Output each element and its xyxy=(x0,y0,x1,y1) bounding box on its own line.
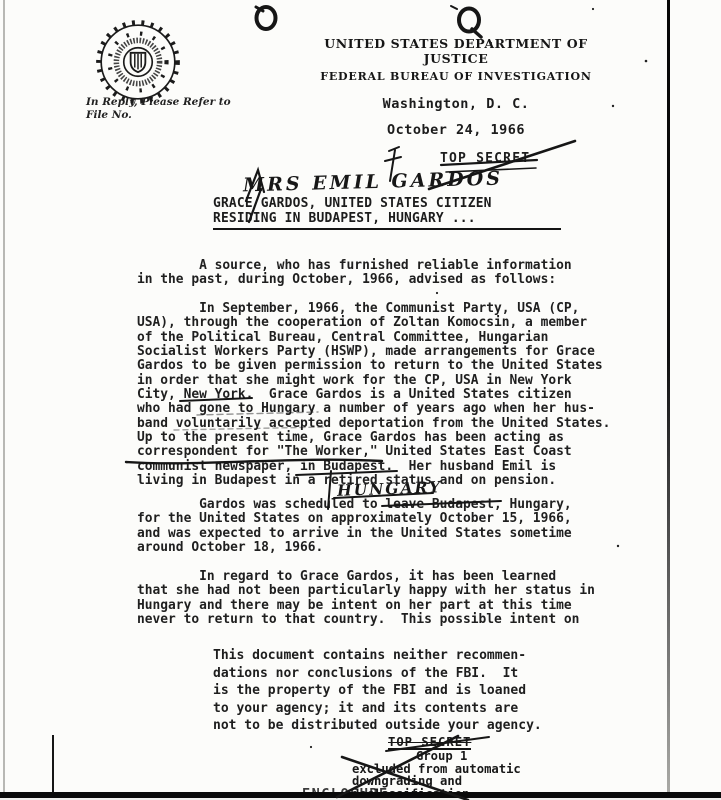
fbi-disclaimer: This document contains neither recommen-… xyxy=(213,647,542,735)
pen-mark-o-icon xyxy=(256,7,276,29)
paragraph-schedule: Gardos was scheduled to leave Budapest, … xyxy=(137,498,572,555)
top-secret-stamp-bottom: TOP SECRET xyxy=(388,736,471,750)
scan-edge-left xyxy=(3,0,5,800)
fbi-seal-icon xyxy=(92,16,184,108)
top-secret-stamp-top: TOP SECRET xyxy=(440,151,530,166)
scanned-fbi-memo-page: In Reply, Please Refer to File No. UNITE… xyxy=(0,0,721,800)
letterhead: UNITED STATES DEPARTMENT OF JUSTICE FEDE… xyxy=(300,0,612,150)
paragraph-intent: In regard to Grace Gardos, it has been l… xyxy=(137,570,595,627)
group-1-label: Group 1 xyxy=(416,750,521,762)
paragraph-source: A source, who has furnished reliable inf… xyxy=(137,259,572,288)
bureau-title: FEDERAL BUREAU OF INVESTIGATION xyxy=(300,70,612,83)
scan-edge-right xyxy=(667,0,670,792)
handwritten-name-correction: MRS EMIL GARDOS xyxy=(243,168,504,197)
subject-line-1: GRACE GARDOS, UNITED STATES CITIZEN xyxy=(213,196,492,211)
department-title: UNITED STATES DEPARTMENT OF JUSTICE xyxy=(300,36,612,66)
subject-line-2: RESIDING IN BUDAPEST, HUNGARY ... xyxy=(213,211,561,230)
scan-line-artifact xyxy=(52,735,54,792)
city-line: Washington, D. C. xyxy=(300,96,612,112)
paragraph-september: In September, 1966, the Communist Party,… xyxy=(137,302,610,488)
date-line: October 24, 1966 xyxy=(300,122,612,138)
